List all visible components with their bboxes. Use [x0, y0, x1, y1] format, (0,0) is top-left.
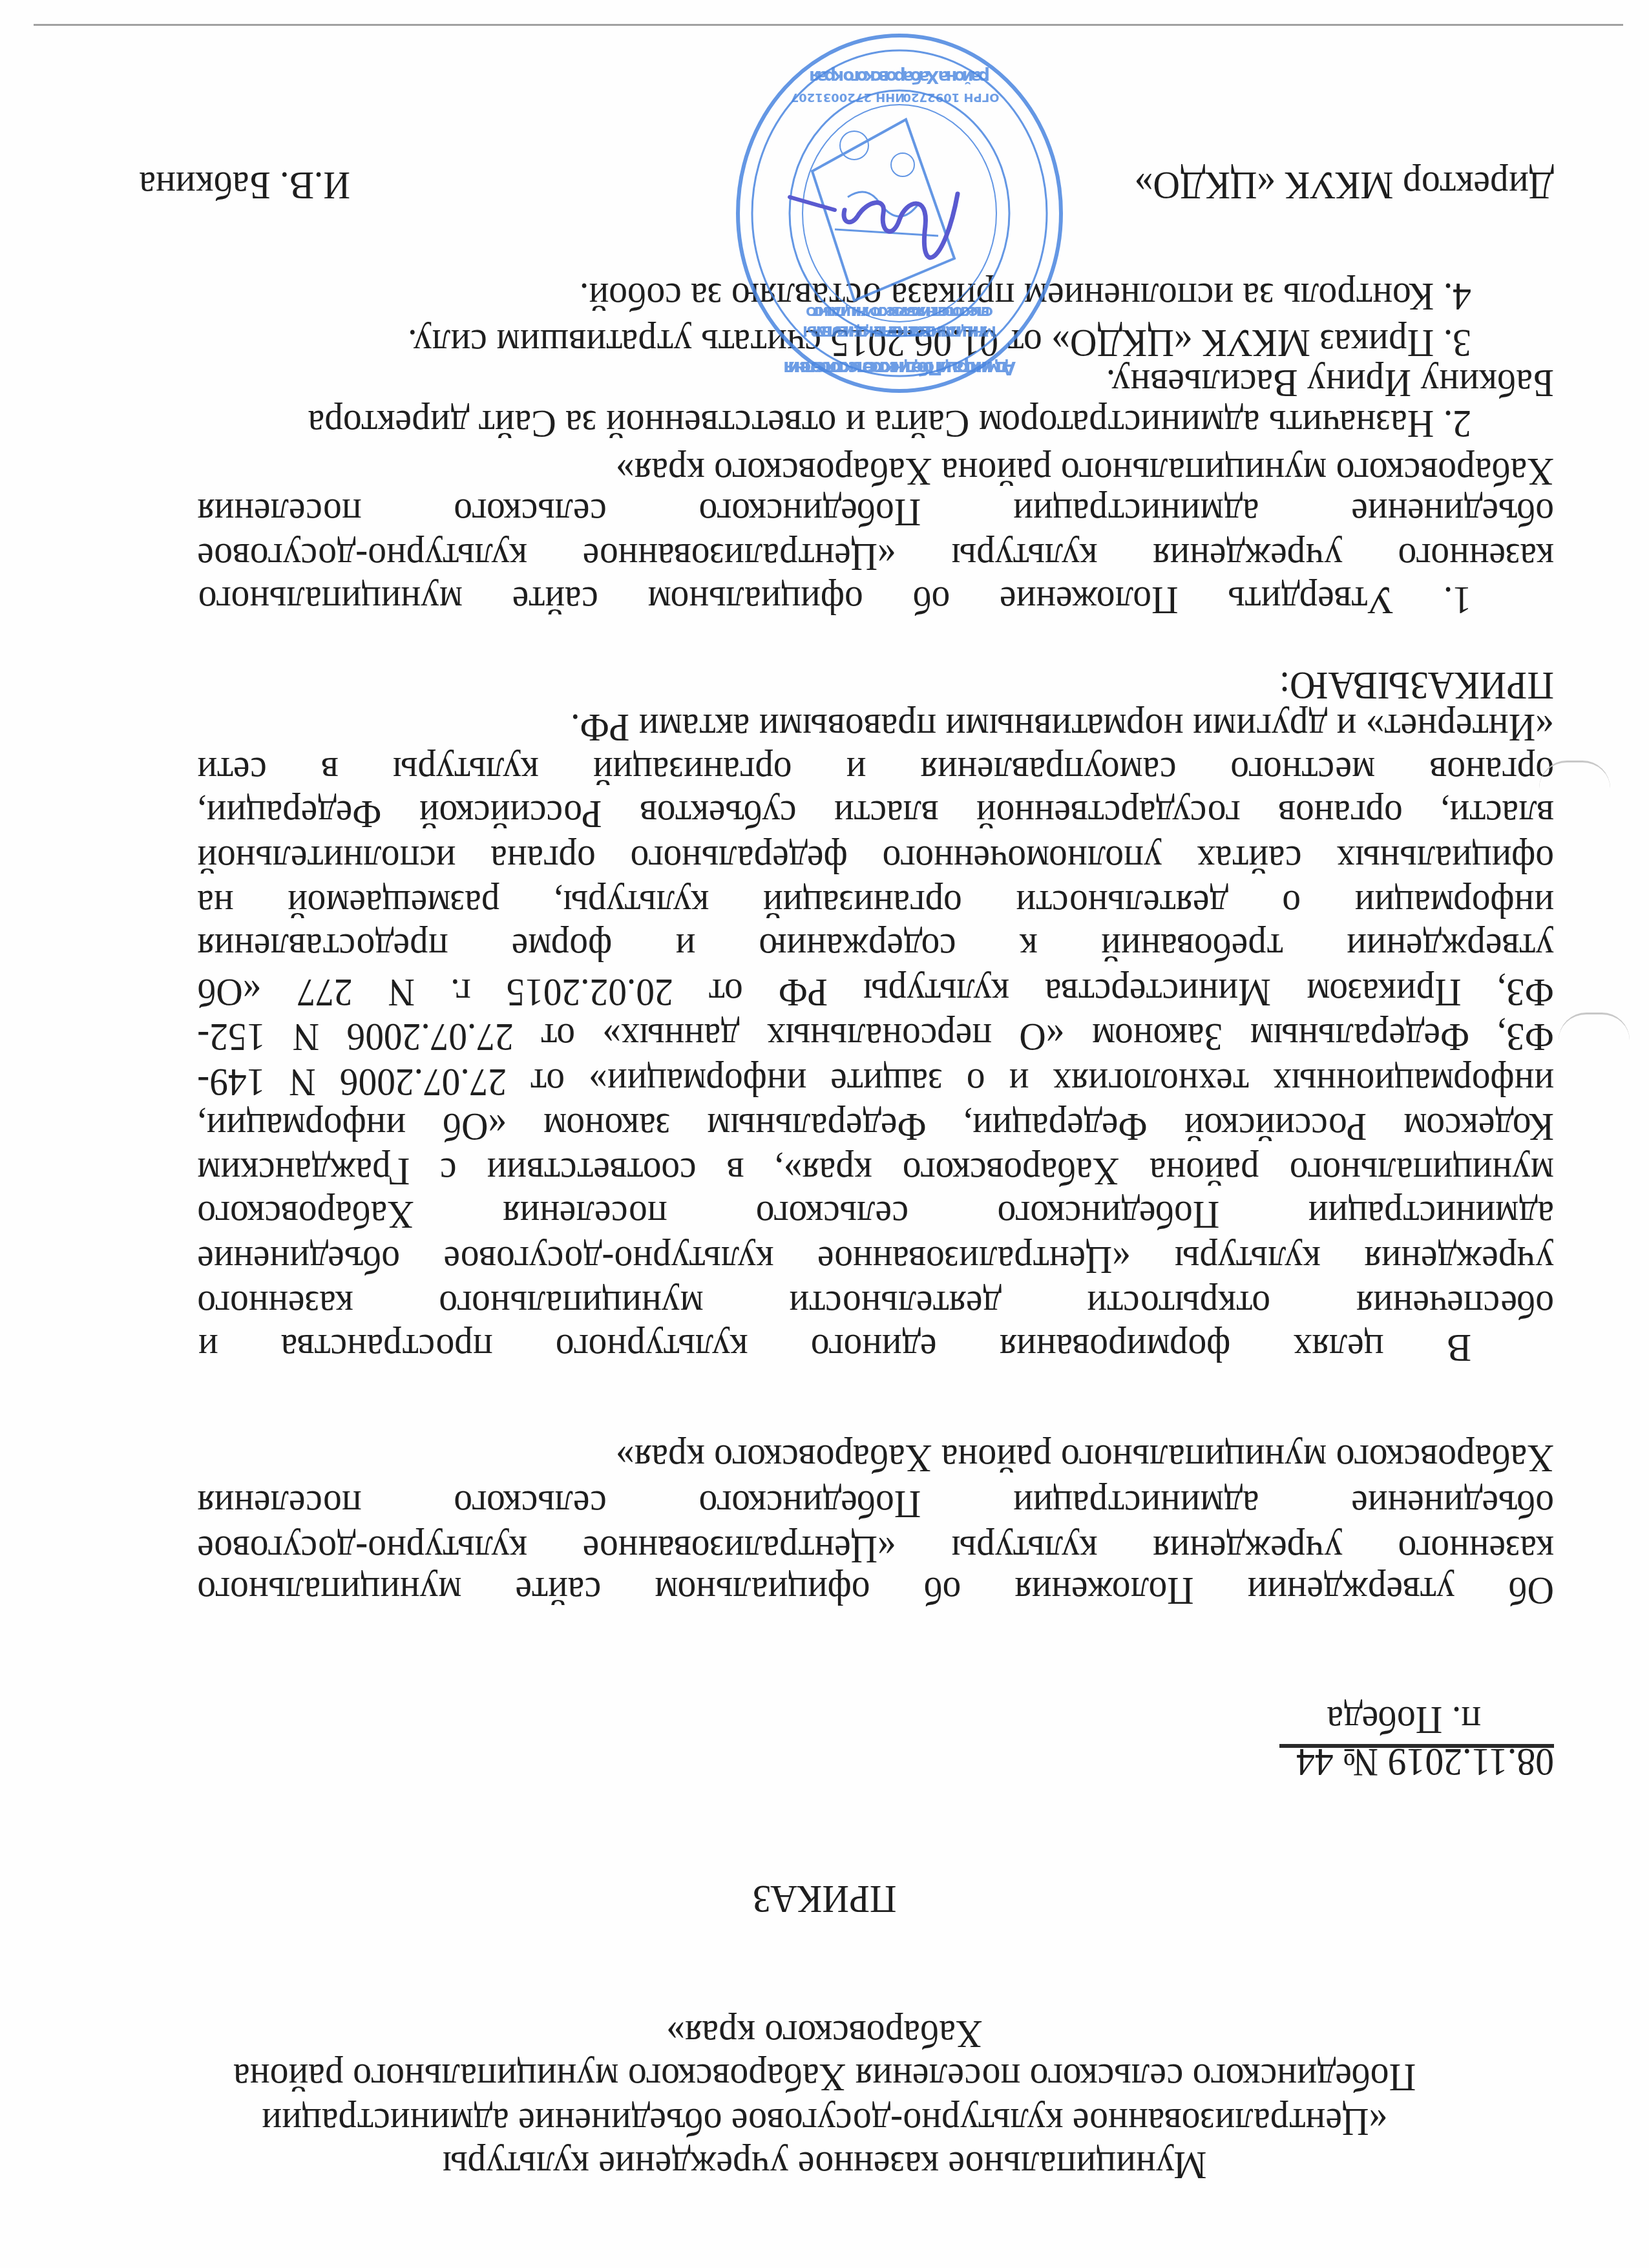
doc-type-title: ПРИКАЗ — [0, 1876, 1649, 1922]
svg-text:ОГРН 1092720: ОГРН 1092720 — [903, 90, 1000, 104]
item-1-line-3: объединение администрации Побединского с… — [197, 490, 1554, 535]
preamble-line-1: В целях формирования единого культурного… — [198, 1325, 1471, 1370]
document-page: Муниципальное казенное учреждение культу… — [0, 0, 1649, 2268]
item-1-line-4: Хабаровского муниципального района Хабар… — [616, 449, 1554, 494]
signer-position: Директор МКУК «ЦКДО» — [1135, 163, 1554, 208]
preamble-line-5: муниципального района Хабаровского края»… — [197, 1149, 1554, 1194]
preamble-line-9: ФЗ, Приказом Министерства культуры РФ от… — [197, 970, 1554, 1015]
org-line-2: «Централизованное культурно-досуговое об… — [0, 2099, 1649, 2145]
preamble-line-13: власти, органов государственной власти с… — [197, 792, 1554, 837]
svg-text:СЕЛЬСКОГО ПОСЕЛЕНИЯ ХАБАРОВСКО: СЕЛЬСКОГО ПОСЕЛЕНИЯ ХАБАРОВСКОГО МУНИЦИП… — [806, 304, 993, 319]
preamble-line-7: информационных технологиях и о защите ин… — [197, 1060, 1554, 1105]
svg-text:ИНН 2720031207: ИНН 2720031207 — [791, 90, 905, 104]
handwritten-signature-icon — [751, 162, 996, 304]
svg-text:Администрация Побединского сел: Администрация Побединского сельского пос… — [783, 357, 1016, 379]
signer-name: И.В. Бабкина — [139, 163, 350, 208]
date-underline — [1279, 1744, 1554, 1748]
preamble-line-3: учреждения культуры «Централизованное ку… — [197, 1237, 1554, 1283]
svg-text:района Хабаровского края: района Хабаровского края — [809, 67, 990, 86]
place: п. Победа — [1327, 1697, 1481, 1743]
preamble-line-4: администрации Побединского сельского пос… — [197, 1192, 1554, 1237]
org-line-4: Хабаровского края» — [0, 2011, 1649, 2057]
item-1-line-1: 1. Утвердить Положение об официальном са… — [198, 578, 1471, 623]
punch-hole-mark — [1559, 1013, 1630, 1040]
title-line-4: Хабаровского муниципального района Хабар… — [616, 1436, 1554, 1481]
org-line-3: Побединского сельского поселения Хабаров… — [0, 2055, 1649, 2100]
preamble-line-8: ФЗ, Федеральным Законом «О персональных … — [197, 1014, 1554, 1060]
order-word: ПРИКАЗЫВАЮ: — [1279, 663, 1554, 708]
title-line-2: казенного учреждения культуры «Централиз… — [197, 1527, 1554, 1572]
svg-text:МУНИЦИПАЛЬНОЕ КАЗЕННОЕ УЧРЕЖДЕ: МУНИЦИПАЛЬНОЕ КАЗЕННОЕ УЧРЕЖДЕНИЕ КУЛЬТУ… — [803, 322, 996, 339]
preamble-line-2: обеспечения открытости деятельности муни… — [197, 1282, 1554, 1327]
preamble-line-6: Кодексом Российской Федерации, Федеральн… — [197, 1104, 1554, 1150]
title-line-1: Об утверждении Положения об официальном … — [197, 1568, 1554, 1613]
preamble-line-14: органов местного самоуправления и органи… — [197, 748, 1554, 793]
item-2-line-1: 2. Назначить администратором Сайта и отв… — [308, 401, 1471, 446]
preamble-line-10: утверждении требований к содержанию и фо… — [197, 925, 1554, 970]
preamble-line-11: информации о деятельности организаций ку… — [197, 881, 1554, 927]
preamble-line-15: «Интернет» и другими нормативными правов… — [571, 705, 1554, 750]
title-line-3: объединение администрации Побединского с… — [197, 1482, 1554, 1527]
item-1-line-2: казенного учреждения культуры «Централиз… — [197, 534, 1554, 580]
preamble-line-12: официальных сайтах уполномоченного федер… — [197, 837, 1554, 882]
org-line-1: Муниципальное казенное учреждение культу… — [0, 2143, 1649, 2188]
scan-edge-line — [34, 24, 1623, 26]
item-2-line-2: Бабкину Ирину Васильевну. — [1106, 361, 1554, 406]
